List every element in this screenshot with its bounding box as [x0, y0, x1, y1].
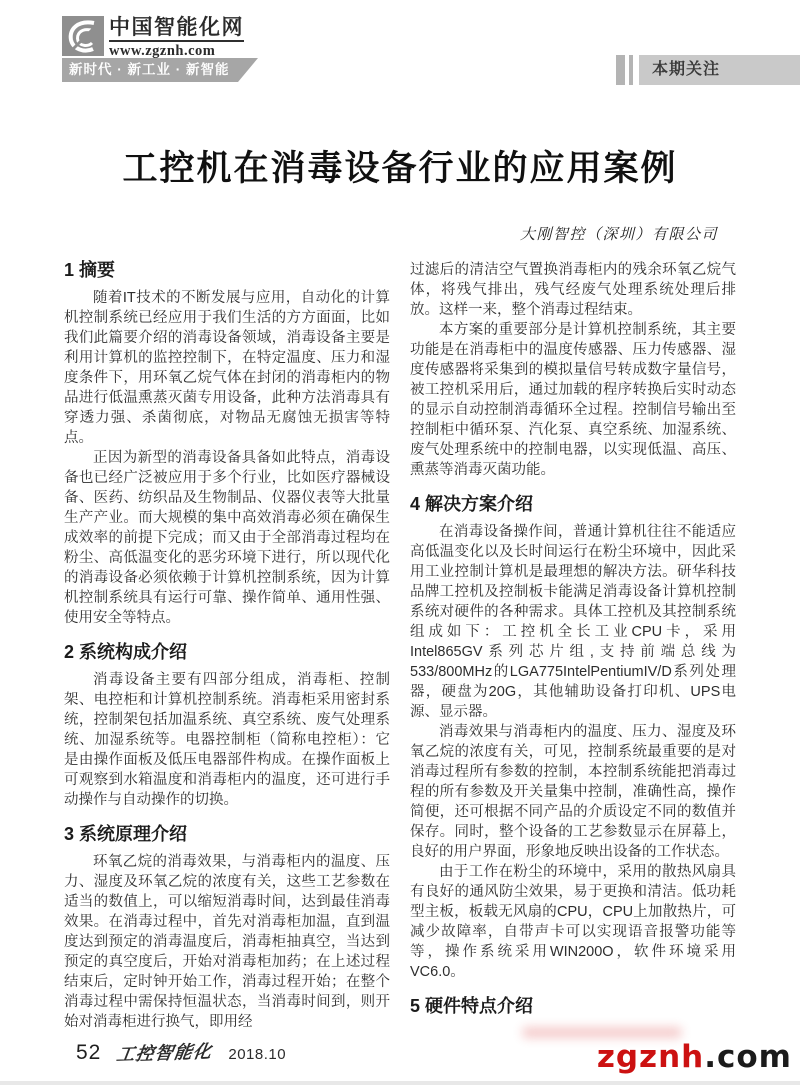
slogan-banner: 新时代 · 新工业 · 新智能 — [62, 58, 258, 82]
section-tag-group: 本期关注 — [616, 55, 800, 85]
issue-date: 2018.10 — [228, 1046, 286, 1063]
body-paragraph-continued: 过滤后的清洁空气置换消毒柜内的残余环氧乙烷气体，将残气排出，残气经废气处理系统处… — [410, 260, 736, 320]
site-name: 中国智能化网 — [109, 16, 244, 39]
section-heading: 1 摘要 — [64, 260, 390, 280]
article-author: 大刚智控（深圳）有限公司 — [520, 223, 718, 244]
left-column: 1 摘要 随着IT技术的不断发展与应用，自动化的计算机控制系统已经应用于我们生活… — [64, 260, 390, 1032]
section-heading: 3 系统原理介绍 — [64, 824, 390, 844]
body-paragraph: 消毒设备主要有四部分组成，消毒柜、控制架、电控柜和计算机控制系统。消毒柜采用密封… — [64, 670, 390, 810]
section-heading: 5 硬件特点介绍 — [410, 996, 736, 1016]
body-paragraph: 正因为新型的消毒设备具备如此特点，消毒设备也已经广泛被应用于多个行业，比如医疗器… — [64, 448, 390, 628]
site-logo-swirl-icon — [62, 16, 104, 56]
section-heading: 2 系统构成介绍 — [64, 642, 390, 662]
body-paragraph: 随着IT技术的不断发展与应用，自动化的计算机控制系统已经应用于我们生活的方方面面… — [64, 288, 390, 448]
section-tag: 本期关注 — [639, 55, 800, 85]
right-column: 过滤后的清洁空气置换消毒柜内的残余环氧乙烷气体，将残气排出，残气经废气处理系统处… — [410, 260, 736, 1032]
tag-stripe-thin — [629, 55, 633, 85]
article-title: 工控机在消毒设备行业的应用案例 — [0, 141, 800, 191]
body-paragraph: 本方案的重要部分是计算机控制系统，其主要功能是在消毒柜中的温度传感器、压力传感器… — [410, 320, 736, 480]
article-body: 1 摘要 随着IT技术的不断发展与应用，自动化的计算机控制系统已经应用于我们生活… — [64, 260, 736, 1032]
watermark-red-text: zgznh — [597, 1039, 704, 1075]
page-number: 52 — [76, 1041, 101, 1065]
paper-edge-shadow — [0, 1081, 800, 1085]
body-paragraph: 由于工作在粉尘的环境中，采用的散热风扇具有良好的通风防尘效果，易于更换和清洁。低… — [410, 862, 736, 982]
site-watermark: zgznh.com — [597, 1039, 792, 1075]
magazine-page: 中国智能化网 www.zgznh.com 新时代 · 新工业 · 新智能 本期关… — [0, 0, 800, 1085]
body-paragraph: 消毒效果与消毒柜内的温度、压力、湿度及环氧乙烷的浓度有关，可见，控制系统最重要的… — [410, 722, 736, 862]
page-footer: 52 工控智能化 2018.10 — [76, 1039, 286, 1065]
site-url: www.zgznh.com — [109, 40, 244, 60]
body-paragraph: 环氧乙烷的消毒效果，与消毒柜内的温度、压力、湿度及环氧乙烷的浓度有关，这些工艺参… — [64, 852, 390, 1032]
site-logo: 中国智能化网 www.zgznh.com — [62, 16, 244, 60]
body-paragraph: 在消毒设备操作间，普通计算机往往不能适应高低温变化以及长时间运行在粉尘环境中，因… — [410, 522, 736, 722]
watermark-smudge — [522, 1027, 682, 1038]
site-logo-text: 中国智能化网 www.zgznh.com — [109, 16, 244, 60]
tag-stripe-thick — [616, 55, 625, 85]
watermark-black-text: .com — [704, 1039, 792, 1075]
journal-logo: 工控智能化 — [115, 1037, 214, 1066]
section-heading: 4 解决方案介绍 — [410, 494, 736, 514]
